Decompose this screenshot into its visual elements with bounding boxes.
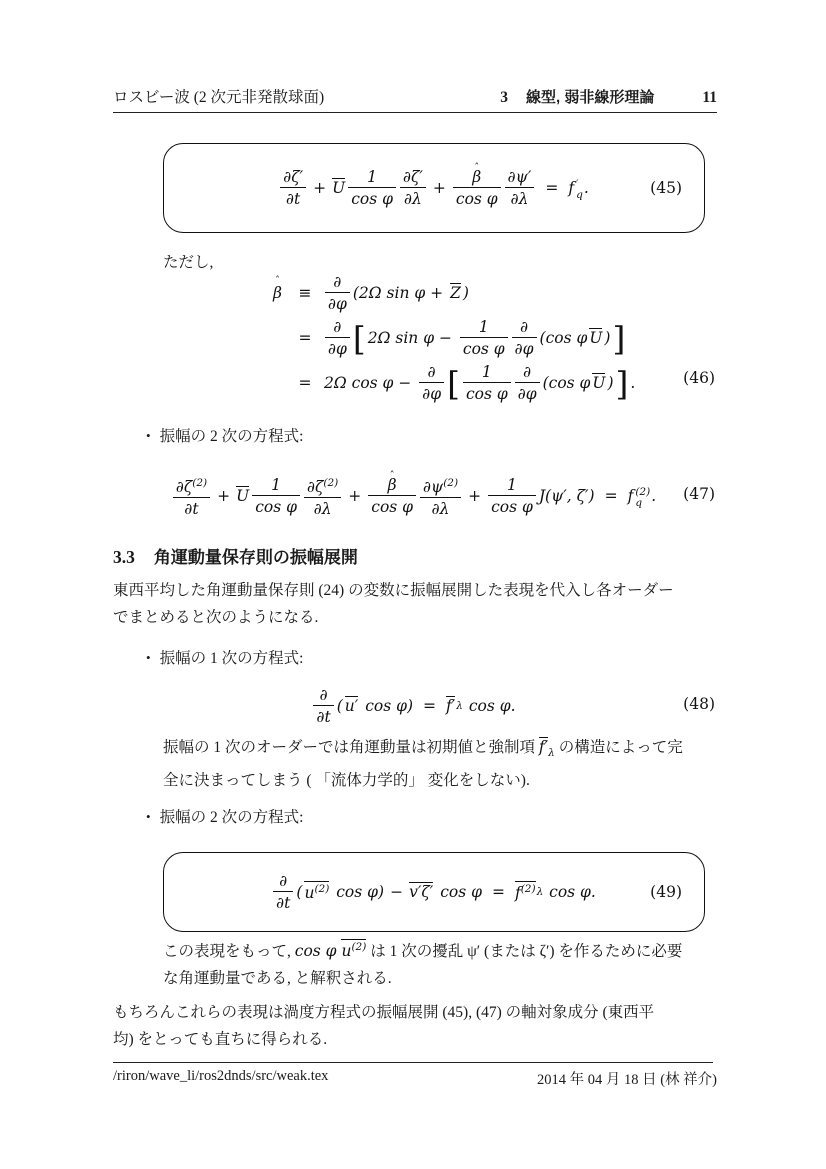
frac-den: cos φ xyxy=(453,187,501,208)
paragraph-line: な角運動量である, と解釈される. xyxy=(163,970,392,987)
paragraph-text: 振幅の 1 次のオーダーでは角運動量は初期値と強制項 xyxy=(163,739,539,756)
term: cos φ) xyxy=(331,883,384,901)
equals-sign: = xyxy=(423,697,436,715)
frac-num: 1 xyxy=(348,168,396,187)
eq46-row-1: ˆβ ≡ ∂∂φ (2Ω sin φ + Z) xyxy=(273,273,715,313)
hat-accent: ˆ xyxy=(474,160,479,178)
footer-file-path: /riron/wave_li/ros2dnds/src/weak.tex xyxy=(113,1068,328,1089)
frac-den: ∂t xyxy=(280,187,306,208)
close-paren: ) xyxy=(607,374,613,392)
frac-num: ∂ζ(2) xyxy=(173,474,210,497)
footer-rule xyxy=(113,1062,713,1063)
forcing-f: f xyxy=(628,487,634,505)
equation-47: ∂ζ(2)∂t + U 1cos φ ∂ζ(2)∂λ + ˆβcos φ ∂ψ(… xyxy=(113,471,715,521)
bullet-label: 振幅の 2 次の方程式: xyxy=(160,809,304,826)
frac-num: ∂ xyxy=(325,273,350,292)
frac-den: ∂φ xyxy=(419,382,444,403)
frac-num: ∂ζ′ xyxy=(280,168,306,187)
subscript-q: q xyxy=(576,190,583,201)
equation-46: ˆβ ≡ ∂∂φ (2Ω sin φ + Z) = ∂∂φ [ 2Ω sin φ… xyxy=(113,273,715,403)
equation-49: ∂∂t (u(2) cos φ) − v′ζ′ cos φ = f(2)λ co… xyxy=(164,853,704,931)
equation-49-box: ∂∂t (u(2) cos φ) − v′ζ′ cos φ = f(2)λ co… xyxy=(163,852,705,932)
mean-Z-bar: Z xyxy=(450,283,461,303)
tadashi-text: ただし, xyxy=(163,249,213,276)
fraction: 1cos φ xyxy=(488,476,536,516)
paragraph-line: もちろんこれらの表現は渦度方程式の振幅展開 (45), (47) の軸対象成分 … xyxy=(113,1004,654,1021)
mean-U-bar: U xyxy=(592,373,605,393)
equation-number-45: (45) xyxy=(650,179,682,197)
frac-den: cos φ xyxy=(460,337,508,358)
mean-f2-bar: f(2) xyxy=(515,881,536,903)
paragraph: もちろんこれらの表現は渦度方程式の振幅展開 (45), (47) の軸対象成分 … xyxy=(113,999,719,1053)
frac-den: ∂λ xyxy=(505,187,535,208)
inline-math-f-lambda: f′λ xyxy=(539,738,555,756)
paragraph: この表現をもって, cos φ u(2) は 1 次の擾乱 ψ′ (または ζ′… xyxy=(163,938,719,992)
plus-operator: + xyxy=(313,179,326,197)
fraction: ∂ζ′∂λ xyxy=(400,168,426,208)
paragraph: 振幅の 1 次のオーダーでは角運動量は初期値と強制項 f′λ の構造によって完 … xyxy=(163,734,719,794)
paragraph-line: 東西平均した角運動量保存則 (24) の変数に振幅展開した表現を代入し各オーダー xyxy=(113,582,674,599)
bullet-icon: • xyxy=(146,650,151,665)
equation-number-49: (49) xyxy=(650,883,682,901)
mean-u2-bar: u(2) xyxy=(304,881,329,903)
bullet-icon: • xyxy=(146,428,151,443)
right-bracket: ] xyxy=(612,322,625,355)
frac-num: ∂ xyxy=(313,686,333,705)
equiv-sign: ≡ xyxy=(295,284,315,302)
section-number: 3.3 xyxy=(113,547,135,567)
frac-num: 1 xyxy=(488,476,536,495)
frac-den: ∂φ xyxy=(512,337,537,358)
fraction: ˆβcos φ xyxy=(453,168,501,208)
subscript-lambda: λ xyxy=(537,886,544,898)
fraction: ∂ζ′∂t xyxy=(280,168,306,208)
fraction: ∂ψ(2)∂λ xyxy=(420,474,461,518)
equation-number-47: (47) xyxy=(683,485,715,503)
close-paren: ) xyxy=(604,329,610,347)
header-doc-title: ロスビー波 (2 次元非発散球面) xyxy=(113,85,500,107)
frac-den: cos φ xyxy=(368,495,416,516)
frac-num: ∂ xyxy=(273,872,293,891)
fraction: ∂ψ′∂λ xyxy=(505,168,535,208)
forcing-f: f xyxy=(568,179,574,197)
frac-num: ∂ζ(2) xyxy=(304,474,341,497)
section-title: 角運動量保存則の振幅展開 xyxy=(154,548,358,567)
equation-45-box: ∂ζ′∂t + U 1cos φ ∂ζ′∂λ + ˆβcos φ ∂ψ′∂λ =… xyxy=(163,143,705,233)
fraction: ∂∂φ xyxy=(419,363,444,403)
frac-num: 1 xyxy=(463,363,511,382)
fraction: ∂∂φ xyxy=(515,363,540,403)
fraction: ∂∂φ xyxy=(325,318,350,358)
period: . xyxy=(630,374,635,392)
fraction: ∂ζ(2)∂λ xyxy=(304,474,341,518)
sub-sup-stack: (2)q xyxy=(635,487,650,509)
frac-den: ∂λ xyxy=(420,497,461,518)
fraction: ˆβcos φ xyxy=(368,476,416,516)
mean-f-bar: f′ xyxy=(539,737,548,757)
frac-num: ∂ψ′ xyxy=(505,168,535,187)
header-section-number: 3 xyxy=(500,89,508,107)
period: . xyxy=(584,179,589,197)
equals-sign: = xyxy=(545,179,558,197)
paragraph-text: の構造によって完 xyxy=(555,739,683,756)
period: . xyxy=(651,487,656,505)
document-page: ロスビー波 (2 次元非発散球面) 3 線型, 弱非線形理論 11 ∂ζ′∂t … xyxy=(0,0,826,1169)
equation-number-48: (48) xyxy=(683,695,715,713)
equals-sign: = xyxy=(492,883,505,901)
header-page-number: 11 xyxy=(702,89,717,107)
close-paren: ) xyxy=(463,284,469,302)
left-bracket: [ xyxy=(447,367,460,400)
mean-eddy-flux-bar: v′ζ′ xyxy=(409,882,433,902)
inline-math-cos-u2: cos φ u(2) xyxy=(295,942,367,960)
bullet-label: 振幅の 1 次の方程式: xyxy=(160,650,304,667)
frac-den: cos φ xyxy=(348,187,396,208)
bullet-icon: • xyxy=(146,809,151,824)
eq46-row-2: = ∂∂φ [ 2Ω sin φ − 1cos φ ∂∂φ (cos φU) ] xyxy=(273,318,715,358)
plus-operator: + xyxy=(433,179,446,197)
term: (cos φ xyxy=(543,374,591,392)
open-paren: ( xyxy=(296,883,302,901)
term: cos φ. xyxy=(544,883,596,901)
header-section-title: 線型, 弱非線形理論 xyxy=(526,86,654,107)
section-heading: 3.3角運動量保存則の振幅展開 xyxy=(113,543,358,568)
paragraph-line: 均) をとっても直ちに得られる. xyxy=(113,1031,327,1048)
frac-den: cos φ xyxy=(252,495,300,516)
beta-hat: ˆβ xyxy=(453,168,501,187)
plus-operator: + xyxy=(468,487,481,505)
cos-phi: cos φ xyxy=(295,942,342,960)
fraction: 1cos φ xyxy=(463,363,511,403)
frac-den: ∂φ xyxy=(325,292,350,313)
frac-num: 1 xyxy=(252,476,300,495)
bullet-label: 振幅の 2 次の方程式: xyxy=(160,428,304,445)
mean-f-bar: f′ xyxy=(446,696,455,716)
equation-48: ∂∂t (u′ cos φ) = f′λ cos φ. (48) xyxy=(113,683,715,729)
frac-num: ∂ xyxy=(515,363,540,382)
frac-den: ∂t xyxy=(173,497,210,518)
frac-den: cos φ xyxy=(463,382,511,403)
sub-sup-stack: ′q xyxy=(576,179,583,201)
frac-num: ∂ xyxy=(512,318,537,337)
header-rule xyxy=(113,112,717,113)
bullet-item: •振幅の 2 次の方程式: xyxy=(146,805,303,827)
mean-u2-bar: u(2) xyxy=(341,939,366,961)
fraction: ∂∂φ xyxy=(325,273,350,313)
subscript-lambda: λ xyxy=(548,747,555,759)
mean-U-bar: U xyxy=(589,328,602,348)
frac-num: ∂ζ′ xyxy=(400,168,426,187)
frac-den: ∂φ xyxy=(325,337,350,358)
hat-accent: ˆ xyxy=(390,468,395,486)
plus-operator: + xyxy=(348,487,361,505)
term: cos φ xyxy=(435,883,482,901)
mean-U-bar: U xyxy=(236,486,249,506)
equals-sign: = xyxy=(605,487,618,505)
fraction: 1cos φ xyxy=(460,318,508,358)
paragraph-line: でまとめると次のようになる. xyxy=(113,609,318,626)
frac-num: ∂ψ(2) xyxy=(420,474,461,497)
open-paren: ( xyxy=(337,697,343,715)
eq46-row-3: = 2Ω cos φ − ∂∂φ [ 1cos φ ∂∂φ (cos φU) ]… xyxy=(273,363,715,403)
subscript-q: q xyxy=(635,498,642,509)
footer-date-author: 2014 年 04 月 18 日 (林 祥介) xyxy=(537,1068,717,1089)
frac-num: ∂ xyxy=(325,318,350,337)
frac-num: 1 xyxy=(460,318,508,337)
hat-accent: ˆ xyxy=(275,276,280,287)
frac-den: ∂t xyxy=(313,705,333,726)
jacobian-term: J(ψ′, ζ′) xyxy=(539,487,595,505)
fraction: ∂ζ(2)∂t xyxy=(173,474,210,518)
paragraph-line: 全に決まってしまう ( 「流体力学的」 変化をしない). xyxy=(163,772,530,789)
mean-U-bar: U xyxy=(332,178,345,198)
frac-den: ∂φ xyxy=(515,382,540,403)
minus-operator: − xyxy=(390,883,403,901)
equals-sign: = xyxy=(295,374,315,392)
mean-u-prime-bar: u′ xyxy=(345,696,359,716)
beta-hat: ˆβ xyxy=(368,476,416,495)
plus-operator: + xyxy=(217,487,230,505)
subscript-lambda: λ xyxy=(456,700,463,712)
term: (2Ω sin φ + xyxy=(353,284,448,302)
equation-number-46: (46) xyxy=(683,369,715,387)
frac-den: ∂λ xyxy=(304,497,341,518)
equals-sign: = xyxy=(295,329,315,347)
fraction: ∂∂φ xyxy=(512,318,537,358)
fraction: ∂∂t xyxy=(313,686,333,726)
fraction: 1cos φ xyxy=(252,476,300,516)
fraction: ∂∂t xyxy=(273,872,293,912)
page-footer: /riron/wave_li/ros2dnds/src/weak.tex 201… xyxy=(113,1068,717,1089)
left-bracket: [ xyxy=(353,322,366,355)
paragraph-text: は 1 次の擾乱 ψ′ (または ζ′) を作るために必要 xyxy=(366,943,682,960)
page-header: ロスビー波 (2 次元非発散球面) 3 線型, 弱非線形理論 11 xyxy=(113,85,717,107)
beta-hat: ˆβ xyxy=(273,284,295,302)
paragraph: 東西平均した角運動量保存則 (24) の変数に振幅展開した表現を代入し各オーダー… xyxy=(113,577,719,631)
term: 2Ω cos φ − xyxy=(324,374,416,392)
bullet-item: •振幅の 1 次の方程式: xyxy=(146,646,303,668)
term: 2Ω sin φ − xyxy=(368,329,457,347)
term: cos φ) xyxy=(360,697,413,715)
term: cos φ. xyxy=(464,697,516,715)
frac-den: ∂λ xyxy=(400,187,426,208)
frac-num: ∂ xyxy=(419,363,444,382)
equation-45: ∂ζ′∂t + U 1cos φ ∂ζ′∂λ + ˆβcos φ ∂ψ′∂λ =… xyxy=(164,144,704,232)
frac-den: cos φ xyxy=(488,495,536,516)
bullet-item: •振幅の 2 次の方程式: xyxy=(146,424,303,446)
frac-den: ∂t xyxy=(273,891,293,912)
right-bracket: ] xyxy=(616,367,629,400)
fraction: 1cos φ xyxy=(348,168,396,208)
paragraph-text: この表現をもって, xyxy=(163,943,295,960)
term: (cos φ xyxy=(540,329,588,347)
